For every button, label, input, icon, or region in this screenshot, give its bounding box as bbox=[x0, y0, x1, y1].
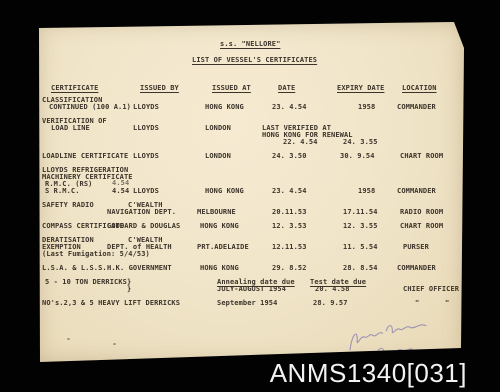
r6-issued-at: HONG KONG bbox=[200, 222, 239, 230]
header-issued-at: ISSUED AT bbox=[212, 84, 251, 92]
r4-issued-by: LLOYDS bbox=[133, 187, 159, 195]
r1-issued-at: HONG KONG bbox=[205, 103, 244, 111]
r2-issued-by: LLOYDS bbox=[133, 124, 159, 132]
r10-annealing-value: September 1954 bbox=[217, 299, 277, 307]
signature-stroke bbox=[376, 345, 412, 354]
scanned-photo-background: s.s. "NELLORE" LIST OF VESSEL'S CERTIFIC… bbox=[0, 0, 500, 392]
r7-cert-line3: (Last Fumigation: 5/4/53) bbox=[42, 250, 150, 258]
document-paper: s.s. "NELLORE" LIST OF VESSEL'S CERTIFIC… bbox=[37, 22, 464, 363]
vessel-name-title: s.s. "NELLORE" bbox=[220, 40, 280, 48]
header-issued-by: ISSUED BY bbox=[140, 84, 179, 92]
r3-expiry: 30. 9.54 bbox=[340, 152, 375, 160]
archive-id-caption: ANMS1340[031] bbox=[270, 358, 467, 388]
r2-date: 22. 4.54 bbox=[283, 138, 318, 146]
r8-expiry: 28. 8.54 bbox=[343, 264, 378, 272]
r4-date: 23. 4.54 bbox=[272, 187, 307, 195]
r3-cert: LOADLINE CERTIFICATE bbox=[42, 152, 128, 160]
r4-location: COMMANDER bbox=[397, 187, 436, 195]
r4-cert-line4: S R.M.C. bbox=[45, 187, 80, 195]
r4-cert-line4-date: 4.54 bbox=[112, 187, 129, 195]
r3-date: 24. 3.50 bbox=[272, 152, 307, 160]
r6-location: CHART ROOM bbox=[400, 222, 443, 230]
r9-cert-brace: } bbox=[127, 285, 131, 293]
r1-expiry: 1958 bbox=[358, 103, 375, 111]
r5-date: 20.11.53 bbox=[272, 208, 307, 216]
r5-expiry: 17.11.54 bbox=[343, 208, 378, 216]
r6-date: 12. 3.53 bbox=[272, 222, 307, 230]
r4-expiry: 1958 bbox=[358, 187, 375, 195]
paper-speck bbox=[113, 343, 116, 345]
r6-issued-by: GODDARD & DOUGLAS bbox=[107, 222, 180, 230]
r7-issued-at: PRT.ADELAIDE bbox=[197, 243, 249, 251]
r2-issued-at: LONDON bbox=[205, 124, 231, 132]
r10-test-value: 28. 9.57 bbox=[313, 299, 348, 307]
r10-location-ditto-1: " bbox=[415, 299, 419, 307]
r3-location: CHART ROOM bbox=[400, 152, 443, 160]
r1-cert-line2: CONTINUED (100 A.1) bbox=[49, 103, 131, 111]
r8-issued-by: H.K. GOVERNMENT bbox=[107, 264, 172, 272]
signature-stroke bbox=[348, 322, 428, 350]
r9-cert: 5 - 10 TON DERRICKS} bbox=[45, 278, 131, 286]
r1-location: COMMANDER bbox=[397, 103, 436, 111]
r9-location: CHIEF OFFICER bbox=[403, 285, 459, 293]
r8-cert: L.S.A. & L.S.S. bbox=[42, 264, 107, 272]
r5-issued-at: MELBOURNE bbox=[197, 208, 236, 216]
r9-annealing-value: JULY-AUGUST 1954 bbox=[217, 285, 286, 293]
r5-location: RADIO ROOM bbox=[400, 208, 443, 216]
r10-cert: NO's.2,3 & 5 HEAVY LIFT DERRICKS bbox=[42, 299, 180, 307]
header-location: LOCATION bbox=[402, 84, 437, 92]
r1-issued-by: LLOYDS bbox=[133, 103, 159, 111]
header-certificate: CERTIFICATE bbox=[51, 84, 98, 92]
r5-cert: SAFETY RADIO bbox=[42, 201, 94, 209]
r8-location: COMMANDER bbox=[397, 264, 436, 272]
header-expiry-date: EXPIRY DATE bbox=[337, 84, 384, 92]
r8-date: 29. 8.52 bbox=[272, 264, 307, 272]
r4-issued-at: HONG KONG bbox=[205, 187, 244, 195]
header-date: DATE bbox=[278, 84, 295, 92]
r2-expiry: 24. 3.55 bbox=[343, 138, 378, 146]
r7-location: PURSER bbox=[403, 243, 429, 251]
r2-cert-line2: LOAD LINE bbox=[51, 124, 90, 132]
document-title: LIST OF VESSEL'S CERTIFICATES bbox=[192, 56, 317, 64]
r10-location-ditto-2: " bbox=[445, 299, 449, 307]
r8-issued-at: HONG KONG bbox=[200, 264, 239, 272]
r4-cert-line3-date: 4.54 bbox=[112, 179, 129, 187]
r7-expiry: 11. 5.54 bbox=[343, 243, 378, 251]
r3-issued-at: LONDON bbox=[205, 152, 231, 160]
r9-test-value: 20. 4.58 bbox=[315, 285, 350, 293]
r3-issued-by: LLOYDS bbox=[133, 152, 159, 160]
paper-speck bbox=[67, 338, 70, 340]
r1-date: 23. 4.54 bbox=[272, 103, 307, 111]
r5-issued-by-line2: NAVIGATION DEPT. bbox=[107, 208, 176, 216]
r7-date: 12.11.53 bbox=[272, 243, 307, 251]
r6-expiry: 12. 3.55 bbox=[343, 222, 378, 230]
